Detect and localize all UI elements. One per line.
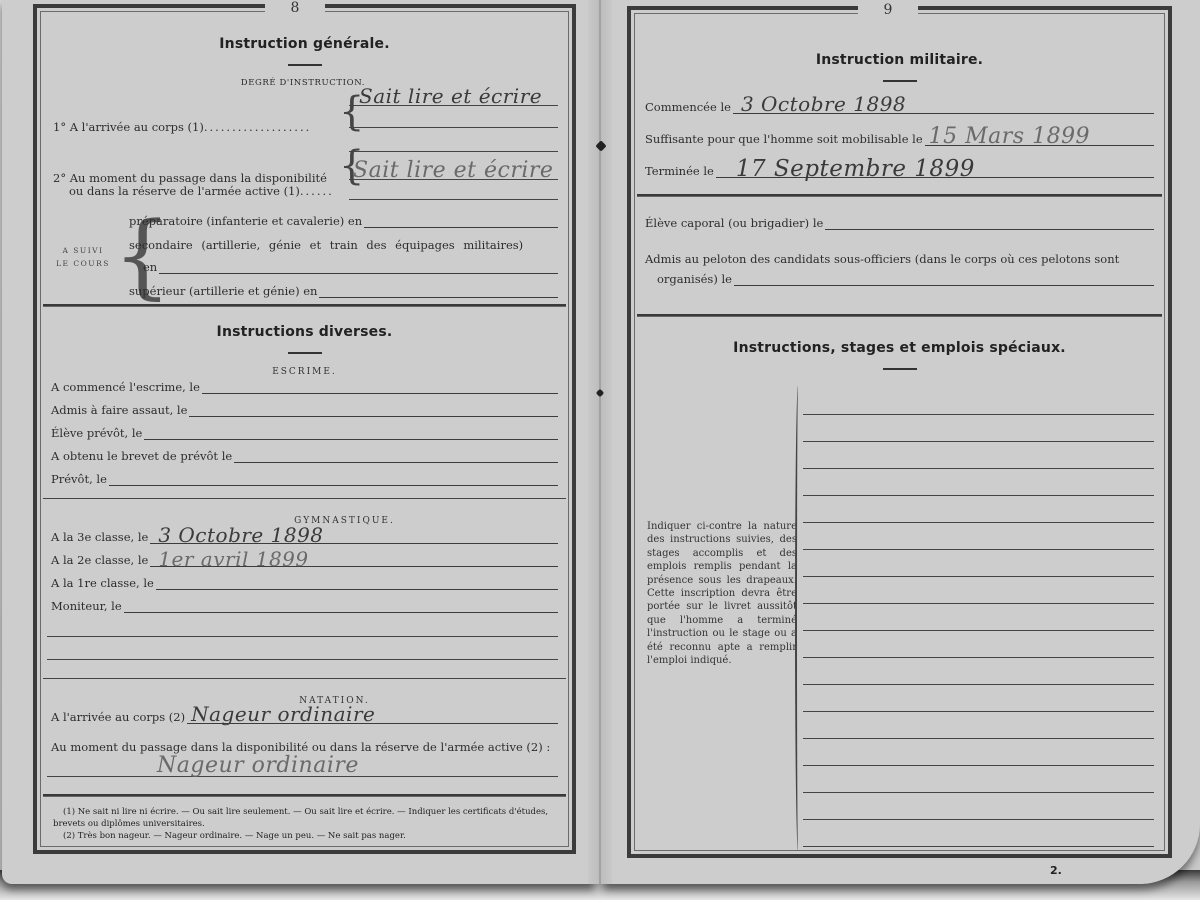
escrime-heading: ESCRIME. bbox=[43, 367, 566, 377]
escrime-row[interactable]: Élève prévôt, le bbox=[51, 426, 558, 440]
stages-line[interactable] bbox=[803, 495, 1154, 496]
title-rule bbox=[883, 368, 917, 370]
stages-line[interactable] bbox=[803, 657, 1154, 658]
stages-line[interactable] bbox=[803, 711, 1154, 712]
stages-line[interactable] bbox=[803, 549, 1154, 550]
section-divider bbox=[637, 194, 1162, 197]
title-rule bbox=[288, 352, 322, 354]
terminee-handwriting: 17 Septembre 1899 bbox=[736, 156, 975, 182]
right-page-frame: 9 Instruction militaire. Commencée le3 O… bbox=[627, 6, 1172, 858]
escrime-row[interactable]: A commencé l'escrime, le bbox=[51, 380, 558, 394]
cours-label-line2: LE COURS bbox=[47, 257, 119, 270]
section-divider bbox=[43, 794, 566, 797]
eleve-caporal-row[interactable]: Élève caporal (ou brigadier) le bbox=[645, 216, 1154, 230]
arrival-handwriting: Sait lire et écrire bbox=[359, 84, 542, 108]
natation-passage-field[interactable]: Nageur ordinaire bbox=[47, 776, 558, 777]
escrime-row[interactable]: Prévôt, le bbox=[51, 472, 558, 486]
gymnastique-row[interactable]: A la 3e classe, le3 Octobre 1898 bbox=[51, 530, 558, 544]
section-title-instructions-diverses: Instructions diverses. bbox=[43, 324, 566, 340]
passage-field-0[interactable] bbox=[349, 136, 558, 152]
passage-field-2[interactable] bbox=[349, 186, 558, 200]
mobilisable-handwriting: 15 Mars 1899 bbox=[929, 124, 1090, 149]
natation-arrival-handwriting: Nageur ordinaire bbox=[191, 702, 375, 726]
stages-line[interactable] bbox=[803, 846, 1154, 847]
footnote-1: (1) Ne sait ni lire ni écrire. — Ou sait… bbox=[53, 806, 556, 830]
stages-line[interactable] bbox=[803, 603, 1154, 604]
section-title-instruction-militaire: Instruction militaire. bbox=[637, 52, 1162, 68]
stages-line[interactable] bbox=[803, 738, 1154, 739]
natation-arrival-row[interactable]: A l'arrivée au corps (2)Nageur ordinaire bbox=[51, 710, 558, 724]
arrival-label: 1° A l'arrivée au corps (1) bbox=[53, 120, 204, 134]
footnotes: (1) Ne sait ni lire ni écrire. — Ou sait… bbox=[53, 806, 556, 842]
passage-field[interactable]: Sait lire et écrire bbox=[349, 164, 558, 180]
stages-line[interactable] bbox=[803, 576, 1154, 577]
commencee-handwriting: 3 Octobre 1898 bbox=[741, 92, 906, 116]
stages-line[interactable] bbox=[803, 441, 1154, 442]
book-gutter bbox=[588, 0, 612, 884]
stages-line[interactable] bbox=[803, 468, 1154, 469]
peloton-label-line1: Admis au peloton des candidats sous-offi… bbox=[645, 252, 1154, 266]
stages-instructions-note: Indiquer ci-contre la nature des instruc… bbox=[647, 520, 797, 667]
escrime-row[interactable]: A obtenu le brevet de prévôt le bbox=[51, 449, 558, 463]
passage-label-line2: ou dans la réserve de l'armée active (1) bbox=[69, 184, 300, 198]
blank-line[interactable] bbox=[47, 659, 558, 660]
stages-line[interactable] bbox=[803, 765, 1154, 766]
footnote-2: (2) Très bon nageur. — Nageur ordinaire.… bbox=[53, 830, 556, 842]
militaire-row-mobilisable[interactable]: Suffisante pour que l'homme soit mobilis… bbox=[645, 132, 1154, 146]
arrival-field-2[interactable] bbox=[349, 112, 558, 128]
stages-line[interactable] bbox=[803, 630, 1154, 631]
gym-3e-handwriting: 3 Octobre 1898 bbox=[158, 523, 323, 547]
gym-2e-handwriting: 1er avril 1899 bbox=[158, 547, 308, 571]
gymnastique-row[interactable]: A la 2e classe, le1er avril 1899 bbox=[51, 553, 558, 567]
stages-line[interactable] bbox=[803, 684, 1154, 685]
gymnastique-row[interactable]: A la 1re classe, le bbox=[51, 576, 558, 590]
left-page-frame: 8 Instruction générale. DEGRÉ D'INSTRUCT… bbox=[33, 4, 576, 854]
section-divider bbox=[637, 314, 1162, 317]
peloton-row[interactable]: organisés) le bbox=[657, 272, 1154, 286]
subsection-divider bbox=[43, 678, 566, 680]
cours-row-preparatoire[interactable]: préparatoire (infanterie et cavalerie) e… bbox=[129, 214, 558, 228]
stages-line[interactable] bbox=[803, 414, 1154, 415]
section-divider bbox=[43, 304, 566, 307]
title-rule bbox=[288, 64, 322, 66]
militaire-row-terminee[interactable]: Terminée le17 Septembre 1899 bbox=[645, 164, 1154, 178]
passage-handwriting: Sait lire et écrire bbox=[353, 158, 553, 183]
stages-line[interactable] bbox=[803, 819, 1154, 820]
militaire-row-commencee[interactable]: Commencée le3 Octobre 1898 bbox=[645, 100, 1154, 114]
escrime-row[interactable]: Admis à faire assaut, le bbox=[51, 403, 558, 417]
section-title-stages: Instructions, stages et emplois spéciaux… bbox=[637, 340, 1162, 356]
booklet-spread: 8 Instruction générale. DEGRÉ D'INSTRUCT… bbox=[0, 0, 1200, 900]
signature-mark: 2. bbox=[1050, 864, 1062, 877]
stages-line[interactable] bbox=[803, 522, 1154, 523]
cours-row-superieur[interactable]: supérieur (artillerie et génie) en bbox=[129, 284, 558, 298]
cours-row-secondaire: secondaire (artillerie, génie et train d… bbox=[129, 238, 556, 252]
subsection-divider bbox=[43, 498, 566, 500]
cours-label-line1: A SUIVI bbox=[47, 244, 119, 257]
blank-line[interactable] bbox=[47, 636, 558, 637]
gymnastique-row[interactable]: Moniteur, le bbox=[51, 599, 558, 613]
title-rule bbox=[883, 80, 917, 82]
cours-row-secondaire-en[interactable]: en bbox=[143, 260, 558, 274]
natation-passage-label: Au moment du passage dans la disponibili… bbox=[51, 740, 558, 754]
degree-label: DEGRÉ D'INSTRUCTION. bbox=[43, 78, 365, 88]
natation-passage-handwriting: Nageur ordinaire bbox=[157, 753, 359, 778]
arrival-field[interactable]: Sait lire et écrire bbox=[349, 90, 558, 106]
stages-line[interactable] bbox=[803, 792, 1154, 793]
section-title-instruction-generale: Instruction générale. bbox=[43, 36, 566, 52]
brace-icon bbox=[795, 386, 801, 851]
